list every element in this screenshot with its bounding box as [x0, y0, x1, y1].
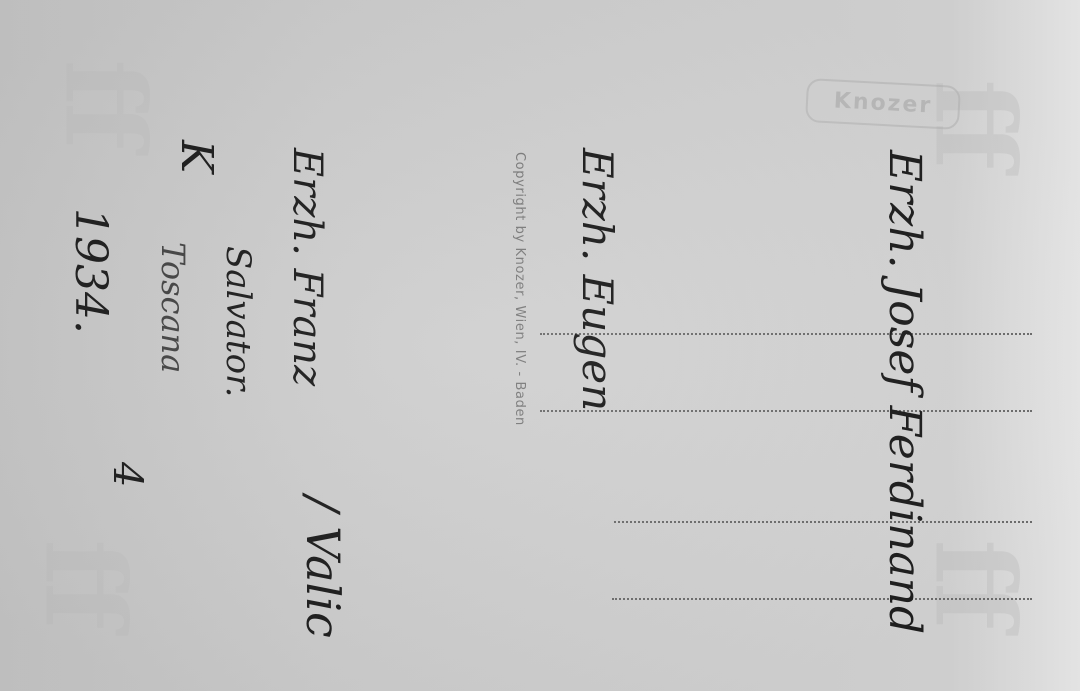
handwritten-line-toscana: Toscana [154, 242, 192, 373]
handwritten-mark-k: K [171, 140, 222, 173]
handwritten-cut-off-text: / Valic [296, 496, 350, 638]
copyright-text: Copyright by Knozer, Wien, IV. - Baden [512, 152, 527, 426]
watermark-logo-top-left: ff [41, 59, 170, 149]
handwritten-year: 1934. [65, 208, 116, 334]
postcard-back: ff ff ff ff Knozer Copyright by Knozer, … [0, 0, 1080, 691]
address-line-4 [612, 598, 1032, 600]
handwritten-mark-4: 4 [104, 462, 150, 487]
address-line-3 [614, 521, 1032, 523]
publisher-embossed-stamp: Knozer [805, 78, 961, 130]
handwritten-line-josef-ferdinand: Erzh. Josef Ferdinand [879, 150, 930, 634]
handwritten-line-franz: Erzh. Franz [284, 148, 330, 386]
watermark-logo-bottom-left: ff [21, 539, 150, 629]
handwritten-line-eugen: Erzh. Eugen [573, 148, 622, 411]
handwritten-line-salvator: Salvator. [218, 246, 258, 397]
